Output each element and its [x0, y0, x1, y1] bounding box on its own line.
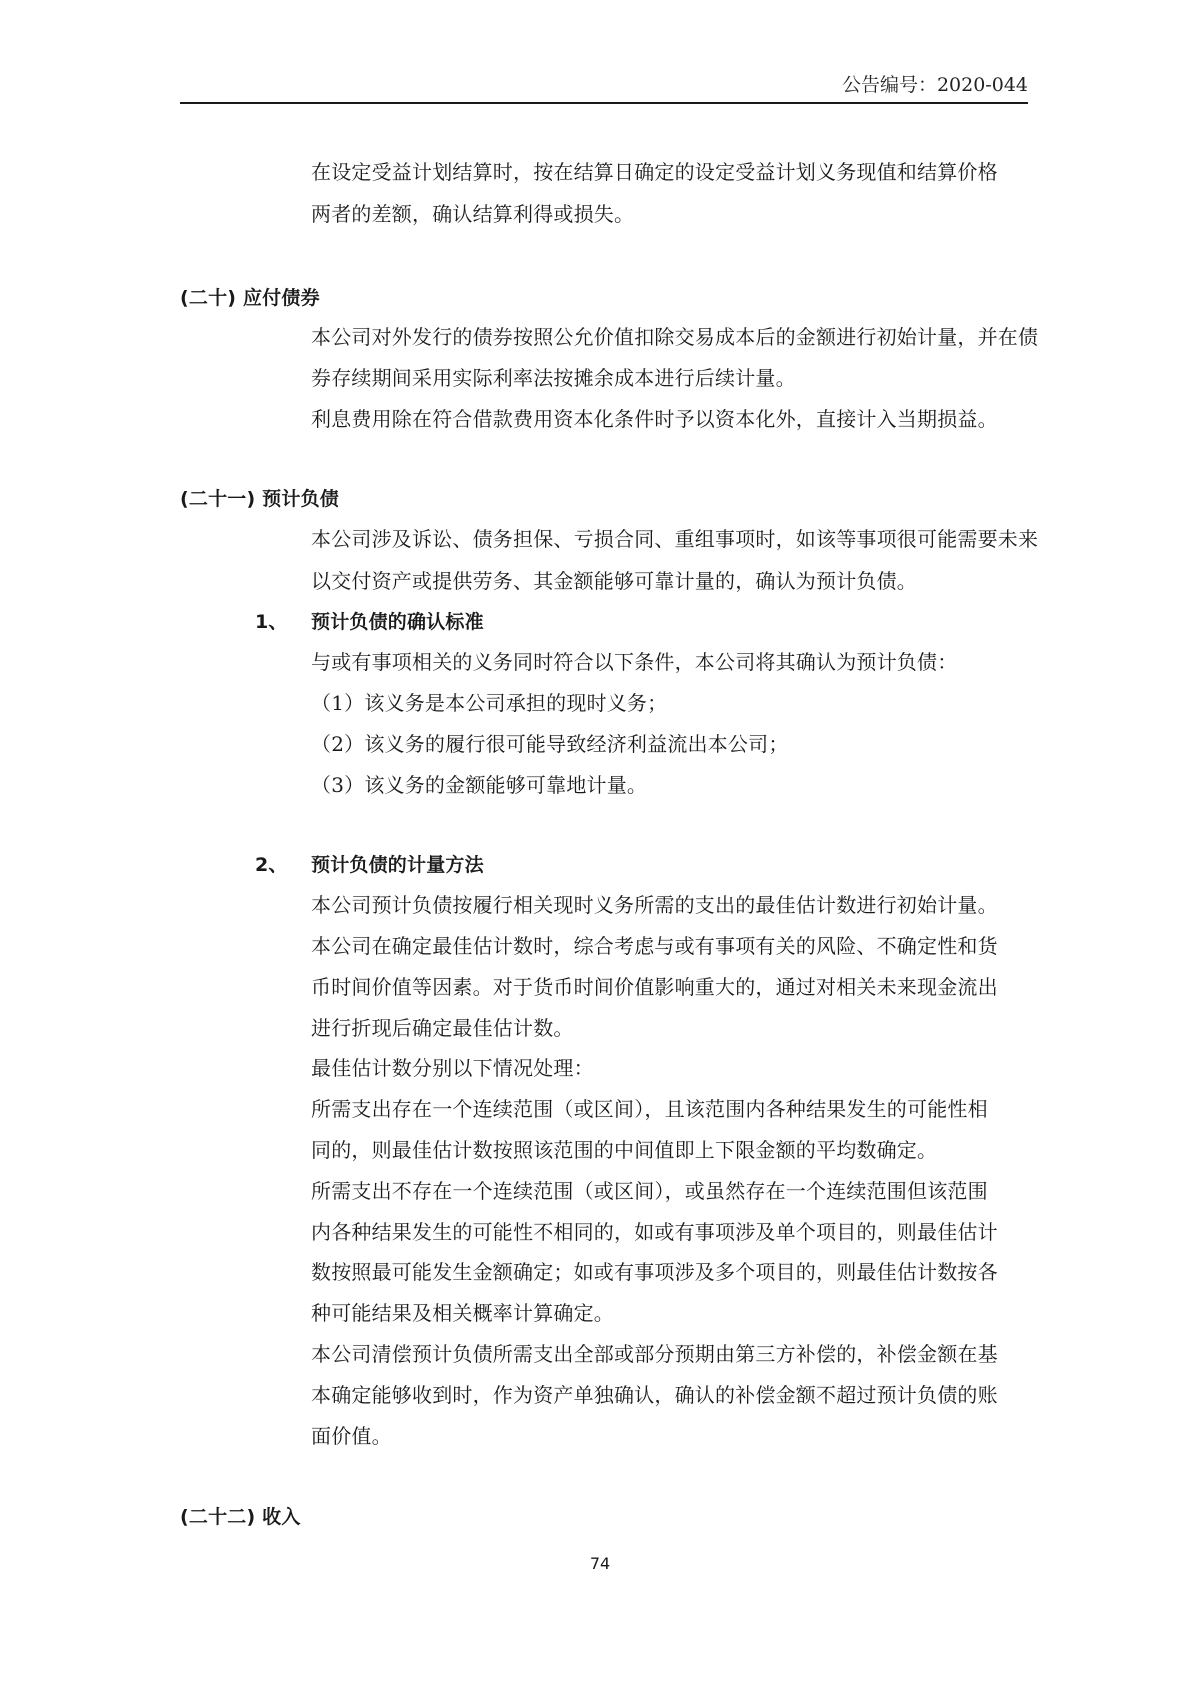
subsection-title: 预计负债的确认标准	[311, 612, 484, 632]
section-title: (二十一) 预计负债	[180, 489, 339, 509]
page-number: 74	[0, 1554, 1200, 1573]
header-divider	[180, 102, 1028, 104]
text-line: 本公司涉及诉讼、债务担保、亏损合同、重组事项时，如该等事项很可能需要未来	[311, 529, 1038, 549]
text-line: 两者的差额，确认结算利得或损失。	[311, 204, 634, 224]
text-line: 以交付资产或提供劳务、其金额能够可靠计量的，确认为预计负债。	[311, 571, 917, 591]
text-line: 本公司预计负债按履行相关现时义务所需的支出的最佳估计数进行初始计量。	[311, 895, 998, 915]
section-title: (二十) 应付债券	[180, 288, 320, 308]
text-line: 本公司清偿预计负债所需支出全部或部分预期由第三方补偿的，补偿金额在基	[311, 1344, 998, 1364]
condition-item: （2）该义务的履行很可能导致经济利益流出本公司；	[311, 734, 789, 754]
text-line: 币时间价值等因素。对于货币时间价值影响重大的，通过对相关未来现金流出	[311, 977, 998, 997]
text-line: 与或有事项相关的义务同时符合以下条件，本公司将其确认为预计负债：	[311, 652, 957, 672]
text-line: 利息费用除在符合借款费用资本化条件时予以资本化外，直接计入当期损益。	[311, 409, 998, 429]
condition-item: （1）该义务是本公司承担的现时义务；	[311, 693, 667, 713]
text-line: 内各种结果发生的可能性不相同的，如或有事项涉及单个项目的，则最佳估计	[311, 1222, 998, 1242]
text-line: 所需支出存在一个连续范围（或区间），且该范围内各种结果发生的可能性相	[311, 1099, 988, 1119]
text-line: 所需支出不存在一个连续范围（或区间），或虽然存在一个连续范围但该范围	[311, 1181, 988, 1201]
text-line: 数按照最可能发生金额确定；如或有事项涉及多个项目的，则最佳估计数按各	[311, 1262, 998, 1282]
text-line: 同的，则最佳估计数按照该范围的中间值即上下限金额的平均数确定。	[311, 1140, 937, 1160]
subsection-number: 1、	[255, 612, 288, 632]
text-line: 本确定能够收到时，作为资产单独确认，确认的补偿金额不超过预计负债的账	[311, 1385, 998, 1405]
text-line: 最佳估计数分别以下情况处理：	[311, 1058, 594, 1078]
text-line: 进行折现后确定最佳估计数。	[311, 1018, 574, 1038]
section-title: (二十二) 收入	[180, 1507, 301, 1527]
text-line: 券存续期间采用实际利率法按摊余成本进行后续计量。	[311, 368, 796, 388]
announcement-number: 公告编号：2020-044	[842, 70, 1028, 97]
text-line: 本公司对外发行的债券按照公允价值扣除交易成本后的金额进行初始计量，并在债	[311, 327, 1038, 347]
subsection-title: 预计负债的计量方法	[311, 855, 484, 875]
condition-item: （3）该义务的金额能够可靠地计量。	[311, 775, 647, 795]
text-line: 面价值。	[311, 1426, 392, 1446]
text-line: 本公司在确定最佳估计数时，综合考虑与或有事项有关的风险、不确定性和货	[311, 936, 998, 956]
text-line: 在设定受益计划结算时，按在结算日确定的设定受益计划义务现值和结算价格	[311, 162, 998, 182]
subsection-number: 2、	[255, 855, 288, 875]
text-line: 种可能结果及相关概率计算确定。	[311, 1303, 614, 1323]
